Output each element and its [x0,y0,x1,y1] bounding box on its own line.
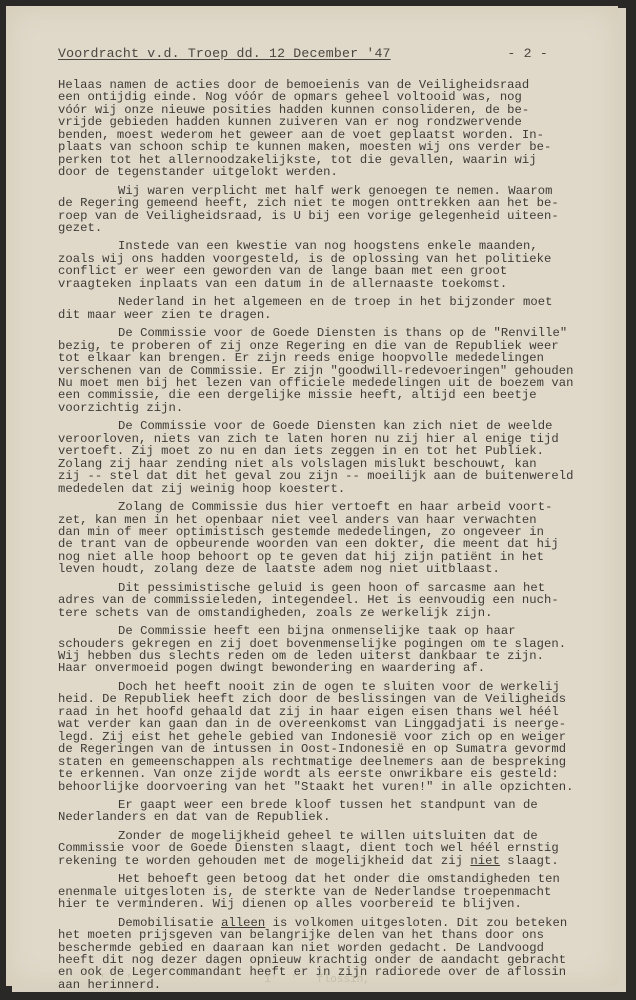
text-line: Commissie voor de Goede Diensten slaagt,… [58,842,598,854]
text-line: Haar onvermoeid pogen dwingt bewondering… [58,662,598,674]
text-line: tere schets van de omstandigheden, zoals… [58,607,598,619]
text-line: voorzichtig zijn. [58,402,598,414]
text-line: Het behoeft geen betoog dat het onder di… [58,873,598,885]
paragraph: Zonder de mogelijkheid geheel te willen … [58,830,598,867]
text-line: dit maar weer zien te dragen. [58,309,598,321]
text-line: Nederland in het algemeen en de troep in… [58,296,598,308]
text-line: hier te verminderen. Wij dienen op alles… [58,898,598,910]
underlined-word: niet [470,854,499,868]
document-body: Helaas namen de acties door de bemoeieni… [58,79,598,991]
page-header: Voordracht v.d. Troep dd. 12 December '4… [58,46,548,61]
text-line: vraagteken inplaats van een datum in de … [58,278,598,290]
text-line: rekening te worden gehouden met de mogel… [58,855,598,867]
paragraph: Zolang de Commissie dus hier vertoeft en… [58,501,598,576]
text-line: plaats van schoon schip te kunnen maken,… [58,141,598,153]
text-line: vrijde gebieden hadden kunnen zuiveren v… [58,116,598,128]
text-line: de Regeringen van de intussen in Oost-In… [58,743,598,755]
text-line: gezet. [58,222,598,234]
paragraph: De Commissie voor de Goede Diensten kan … [58,420,598,495]
text-line: het moeten prijsgeven van belangrijke de… [58,929,598,941]
bleed-through-text: ' ' ' ' ' ' 1' ' flossin, [86,974,526,986]
text-line: leven houdt, zolang deze de laatste adem… [58,563,598,575]
text-line: Nederlanders en dat van de Republiek. [58,811,598,823]
text-line: De Commissie voor de Goede Diensten is t… [58,327,598,339]
paragraph: Helaas namen de acties door de bemoeieni… [58,79,598,179]
text-line: zij -- stel dat dit het geval zou zijn -… [58,470,598,482]
document-title: Voordracht v.d. Troep dd. 12 December '4… [58,46,391,61]
text-line: De Commissie voor de Goede Diensten kan … [58,420,598,432]
text-line: een commissie, die een dergelijke missie… [58,389,598,401]
paragraph: Er gaapt weer een brede kloof tussen het… [58,799,598,824]
text-line: te erkennen. Van onze zijde wordt als ee… [58,768,598,780]
text-line: de trant van de opbeurende woorden van e… [58,538,598,550]
paragraph: Nederland in het algemeen en de troep in… [58,296,598,321]
text-line: door de tegenstander uitgelokt werden. [58,166,598,178]
paragraph: De Commissie heeft een bijna onmenselijk… [58,625,598,675]
paragraph: Wij waren verplicht met half werk genoeg… [58,185,598,235]
paragraph: Instede van een kwestie van nog hoogsten… [58,240,598,290]
page-number: - 2 - [507,46,548,61]
text-line: behoorlijke doorvoering van het "Staakt … [58,781,598,793]
paragraph: Het behoeft geen betoog dat het onder di… [58,873,598,910]
text-line: adres van de commissieleden, integendeel… [58,594,598,606]
text-line: de Regering gemeend heeft, zich niet te … [58,197,598,209]
text-line: Zolang de Commissie dus hier vertoeft en… [58,501,598,513]
text-line: tot elkaar kan brengen. Er zijn reeds en… [58,352,598,364]
text-line: heid. De Republiek heeft zich door de be… [58,693,598,705]
document-page: Voordracht v.d. Troep dd. 12 December '4… [6,6,618,986]
text-line: De Commissie heeft een bijna onmenselijk… [58,625,598,637]
paragraph: Doch het heeft nooit zin de ogen te slui… [58,681,598,793]
text-line: roep van de Veiligheidsraad, is U bij ee… [58,210,598,222]
text-line: vertoeft. Zij moet zo nu en dan iets zeg… [58,445,598,457]
paragraph: De Commissie voor de Goede Diensten is t… [58,327,598,414]
text-line: mededelen dat zij weinig hoop koestert. [58,483,598,495]
text-line: wat verder kan gaan dan in de overeenkom… [58,718,598,730]
text-line: conflict er weer een geworden van de lan… [58,265,598,277]
paragraph: Dit pessimistische geluid is geen hoon o… [58,582,598,619]
